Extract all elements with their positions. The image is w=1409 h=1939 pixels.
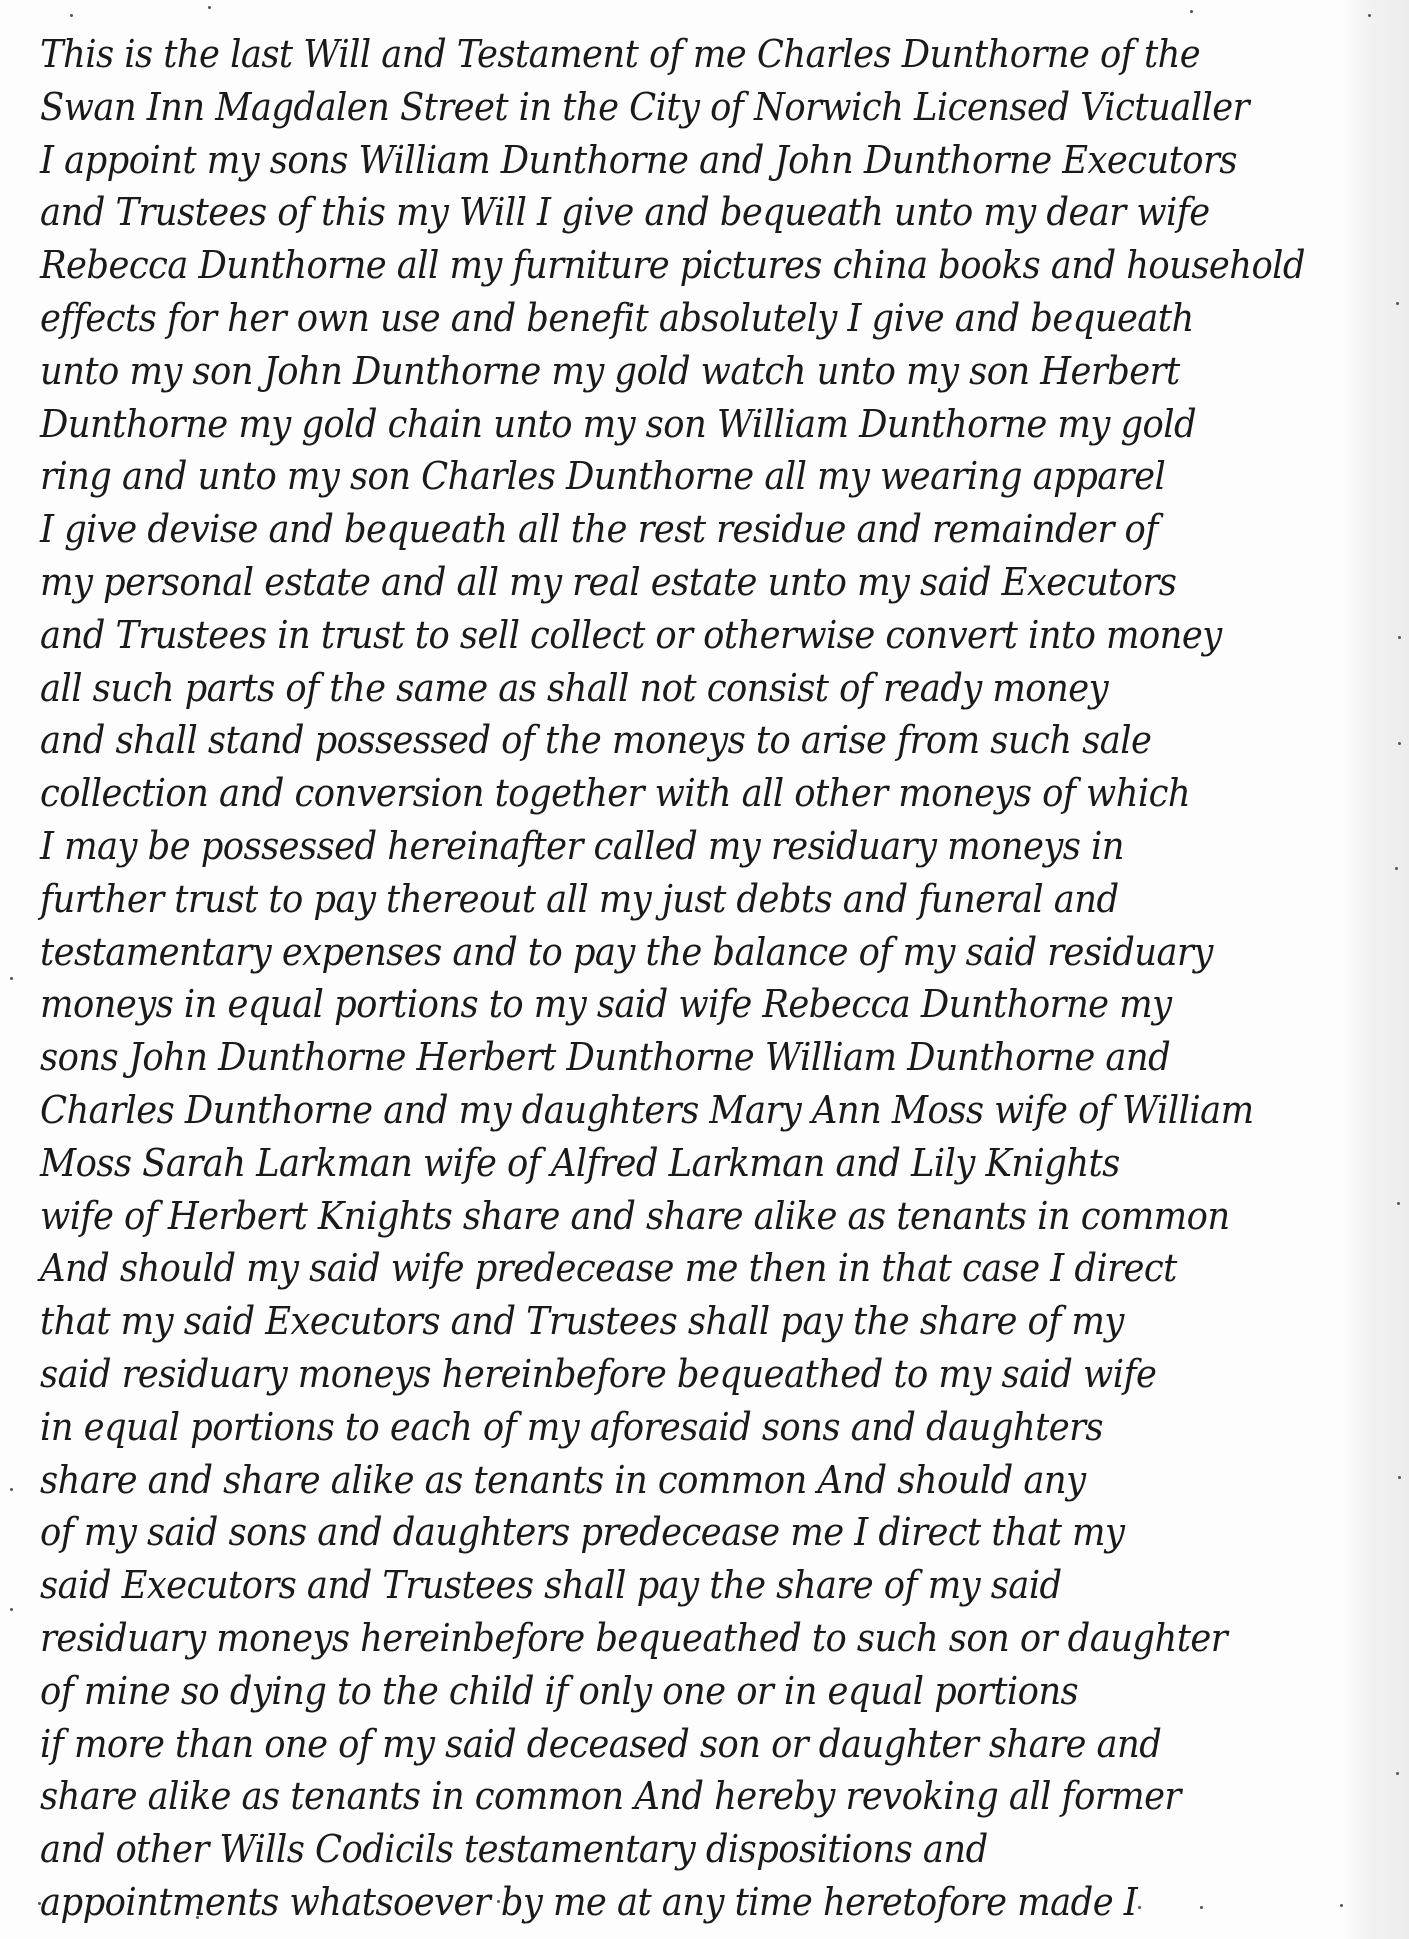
text-line: sons John Dunthorne Herbert Dunthorne Wi… bbox=[40, 1031, 1277, 1084]
text-line: and other Wills Codicils testamentary di… bbox=[40, 1823, 1277, 1876]
text-line: if more than one of my said deceased son… bbox=[40, 1718, 1277, 1771]
text-line: Rebecca Dunthorne all my furniture pictu… bbox=[40, 239, 1277, 292]
text-line: said Executors and Trustees shall pay th… bbox=[40, 1559, 1277, 1612]
text-line: residuary moneys hereinbefore bequeathed… bbox=[40, 1612, 1277, 1665]
text-line: share alike as tenants in common And her… bbox=[40, 1770, 1277, 1823]
text-line: This is the last Will and Testament of m… bbox=[40, 28, 1277, 81]
text-line: share and share alike as tenants in comm… bbox=[40, 1454, 1277, 1507]
text-line: my personal estate and all my real estat… bbox=[40, 556, 1277, 609]
text-line: said residuary moneys hereinbefore beque… bbox=[40, 1348, 1277, 1401]
text-line: appointments whatsoever by me at any tim… bbox=[40, 1876, 1277, 1929]
text-line: effects for her own use and benefit abso… bbox=[40, 292, 1277, 345]
text-line: Moss Sarah Larkman wife of Alfred Larkma… bbox=[40, 1137, 1277, 1190]
text-line: of mine so dying to the child if only on… bbox=[40, 1665, 1277, 1718]
text-line: and Trustees of this my Will I give and … bbox=[40, 186, 1277, 239]
text-line: And should my said wife predecease me th… bbox=[40, 1242, 1277, 1295]
will-body-text: This is the last Will and Testament of m… bbox=[40, 28, 1370, 1929]
text-line: I appoint my sons William Dunthorne and … bbox=[40, 134, 1277, 187]
text-line: and shall stand possessed of the moneys … bbox=[40, 714, 1277, 767]
text-line: wife of Herbert Knights share and share … bbox=[40, 1190, 1277, 1243]
document-page: This is the last Will and Testament of m… bbox=[0, 0, 1409, 1939]
text-line: ring and unto my son Charles Dunthorne a… bbox=[40, 450, 1277, 503]
text-line: moneys in equal portions to my said wife… bbox=[40, 978, 1277, 1031]
text-line: and Trustees in trust to sell collect or… bbox=[40, 609, 1277, 662]
text-line: of my said sons and daughters predecease… bbox=[40, 1506, 1277, 1559]
text-line: collection and conversion together with … bbox=[40, 767, 1277, 820]
text-line: that my said Executors and Trustees shal… bbox=[40, 1295, 1277, 1348]
text-line: I may be possessed hereinafter called my… bbox=[40, 820, 1277, 873]
text-line: unto my son John Dunthorne my gold watch… bbox=[40, 345, 1277, 398]
text-line: further trust to pay thereout all my jus… bbox=[40, 873, 1277, 926]
text-line: testamentary expenses and to pay the bal… bbox=[40, 926, 1277, 979]
text-line: I give devise and bequeath all the rest … bbox=[40, 503, 1277, 556]
text-line: all such parts of the same as shall not … bbox=[40, 662, 1277, 715]
text-line: Dunthorne my gold chain unto my son Will… bbox=[40, 398, 1277, 451]
text-line: Swan Inn Magdalen Street in the City of … bbox=[40, 81, 1277, 134]
text-line: in equal portions to each of my aforesai… bbox=[40, 1401, 1277, 1454]
text-line: Charles Dunthorne and my daughters Mary … bbox=[40, 1084, 1277, 1137]
